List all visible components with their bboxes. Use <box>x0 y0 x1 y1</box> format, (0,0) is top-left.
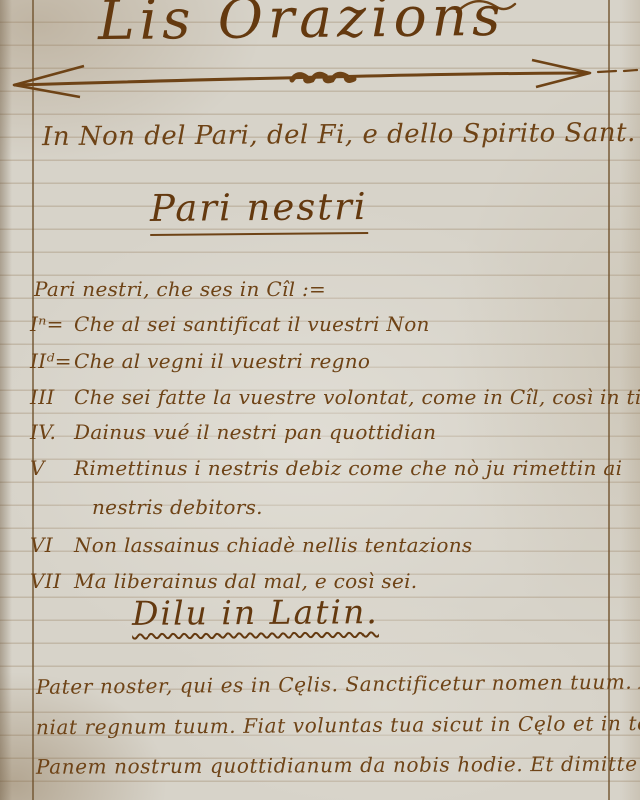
petition-line-5: V Rimettinus i nestris debiz come che nò… <box>30 455 622 481</box>
petition-text: Che sei fatte la vuestre volontat, come … <box>74 384 640 410</box>
manuscript-page: Lis Orazions In Non del Pari, del Fi, e … <box>0 0 640 800</box>
petition-line-1: Iⁿ= Che al sei santificat il vuestri Non <box>30 311 430 337</box>
petition-text: Ma liberainus dal mal, e così sei. <box>74 568 417 594</box>
petition-numeral: IIᵈ= <box>30 348 74 374</box>
petition-text: Rimettinus i nestris debiz come che nò j… <box>74 455 622 481</box>
heading-pari-nestri: Pari nestri <box>150 185 368 236</box>
petition-text: nestris debitors. <box>92 494 263 520</box>
double-arrow-divider-icon <box>4 56 638 102</box>
petition-numeral: V <box>30 455 74 481</box>
heading-dilu-in-latin: Dilu in Latin. <box>132 592 379 633</box>
petition-text: Che al sei santificat il vuestri Non <box>74 311 430 337</box>
petition-numeral: IV. <box>30 419 74 445</box>
petition-line-6: VI Non lassainus chiadè nellis tentazion… <box>30 532 473 558</box>
petition-text: Non lassainus chiadè nellis tentazions <box>74 532 473 558</box>
latin-line-2: niat regnum tuum. Fiat voluntas tua sicu… <box>36 711 640 740</box>
petition-line-3: III Che sei fatte la vuestre volontat, c… <box>30 384 640 410</box>
petition-line-4: IV. Dainus vué il nestri pan quottidian <box>30 419 436 445</box>
page-title: Lis Orazions <box>98 0 506 52</box>
latin-line-3: Panem nostrum quottidianum da nobis hodi… <box>36 751 640 778</box>
petition-numeral: VI <box>30 532 74 558</box>
petition-numeral: VII <box>30 568 74 594</box>
petition-numeral: Iⁿ= <box>30 311 74 337</box>
invocation-line: In Non del Pari, del Fi, e dello Spirito… <box>42 118 636 152</box>
prayer-opening-line: Pari nestri, che ses in Cîl := <box>34 276 326 302</box>
petition-numeral: III <box>30 384 74 410</box>
petition-text: Che al vegni il vuestri regno <box>74 348 370 374</box>
latin-line-1: Pater noster, qui es in Cęlis. Sanctific… <box>36 669 640 699</box>
petition-line-7: VII Ma liberainus dal mal, e così sei. <box>30 568 417 594</box>
petition-line-5-continuation: nestris debitors. <box>92 494 263 520</box>
petition-text: Dainus vué il nestri pan quottidian <box>74 419 436 445</box>
petition-line-2: IIᵈ= Che al vegni il vuestri regno <box>30 348 370 374</box>
